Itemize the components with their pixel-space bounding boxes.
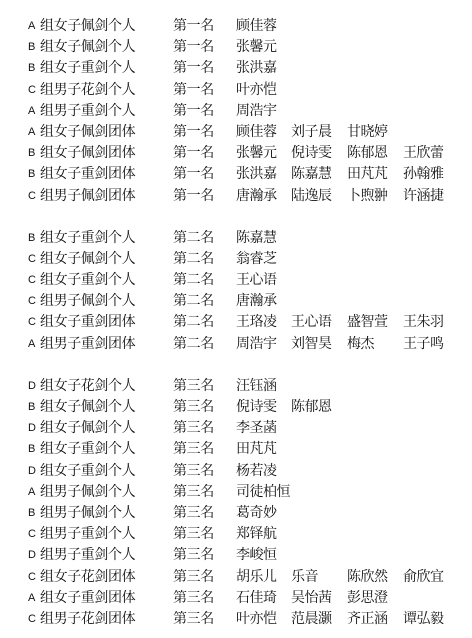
age-group-letter: C: [28, 249, 36, 270]
age-group-letter: B: [28, 143, 35, 164]
result-row: A组女子佩剑个人第一名顾佳蓉: [0, 16, 472, 37]
age-group-letter: B: [28, 397, 35, 418]
rank-label: 第一名: [173, 143, 214, 164]
athlete-name: 田芃芃: [236, 439, 277, 460]
age-group-letter: B: [28, 503, 35, 524]
athlete-name: 张馨元: [236, 143, 277, 164]
rank-label: 第一名: [173, 16, 214, 37]
result-row: B组女子重剑个人第三名田芃芃: [0, 439, 472, 460]
event-name: 组男子佩剑个人: [40, 482, 135, 503]
rank-label: 第二名: [173, 312, 214, 333]
event-name: 组女子佩剑个人: [40, 418, 135, 439]
athlete-name: 唐瀚承: [236, 186, 277, 207]
event-name: 组男子重剑个人: [40, 524, 135, 545]
rank-label: 第三名: [173, 503, 214, 524]
athlete-name: 杨若凌: [236, 461, 277, 482]
rank-label: 第一名: [173, 58, 214, 79]
group-spacer: [0, 207, 472, 228]
athlete-name: 王心语: [236, 270, 277, 291]
rank-label: 第二名: [173, 291, 214, 312]
event-name: 组女子重剑个人: [40, 270, 135, 291]
rank-label: 第三名: [173, 461, 214, 482]
athlete-name: 刘智昊: [291, 334, 332, 355]
age-group-letter: A: [28, 482, 35, 503]
age-group-letter: D: [28, 418, 36, 439]
age-group-letter: B: [28, 439, 35, 460]
result-row: B组女子佩剑个人第三名倪诗雯陈郁恩: [0, 397, 472, 418]
age-group-letter: C: [28, 524, 36, 545]
rank-label: 第一名: [173, 164, 214, 185]
result-row: D组男子重剑个人第三名李峻恒: [0, 545, 472, 566]
age-group-letter: A: [28, 588, 35, 609]
rank-label: 第二名: [173, 270, 214, 291]
event-name: 组女子重剑个人: [40, 439, 135, 460]
age-group-letter: B: [28, 228, 35, 249]
result-row: C组女子花剑团体第三名胡乐儿乐音陈欣然俞欣宜: [0, 567, 472, 588]
age-group-letter: B: [28, 37, 35, 58]
rank-label: 第三名: [173, 439, 214, 460]
event-name: 组男子重剑团体: [40, 334, 135, 355]
athlete-name: 乐音: [291, 567, 318, 588]
result-row: C组男子重剑个人第三名郑铎航: [0, 524, 472, 545]
age-group-letter: C: [28, 80, 36, 101]
athlete-name: 王珞凌: [236, 312, 277, 333]
athlete-name: 甘晓婷: [347, 122, 388, 143]
athlete-name: 张馨元: [236, 37, 277, 58]
event-name: 组男子花剑团体: [40, 609, 135, 630]
event-name: 组女子佩剑个人: [40, 37, 135, 58]
athlete-name: 倪诗雯: [236, 397, 277, 418]
rank-label: 第三名: [173, 418, 214, 439]
result-row: B组女子佩剑个人第一名张馨元: [0, 37, 472, 58]
athlete-name: 卜煦翀: [347, 186, 388, 207]
athlete-name: 许涵捷: [403, 186, 444, 207]
event-name: 组女子重剑个人: [40, 58, 135, 79]
athlete-name: 张洪嘉: [236, 58, 277, 79]
result-row: C组女子重剑团体第二名王珞凌王心语盛智萱王朱羽: [0, 312, 472, 333]
athlete-name: 周浩宇: [236, 101, 277, 122]
group-spacer: [0, 355, 472, 376]
event-name: 组女子重剑团体: [40, 588, 135, 609]
rank-label: 第三名: [173, 482, 214, 503]
athlete-name: 陈郁恩: [347, 143, 388, 164]
event-name: 组男子佩剑个人: [40, 291, 135, 312]
athlete-name: 葛奇妙: [236, 503, 277, 524]
rank-label: 第三名: [173, 588, 214, 609]
rank-label: 第二名: [173, 334, 214, 355]
event-name: 组女子重剑个人: [40, 228, 135, 249]
athlete-name: 彭思澄: [347, 588, 388, 609]
athlete-name: 刘子晨: [291, 122, 332, 143]
result-row: B组男子佩剑个人第三名葛奇妙: [0, 503, 472, 524]
rank-label: 第三名: [173, 545, 214, 566]
result-row: C组男子花剑团体第三名叶亦恺范晨灏齐正涵谭弘毅: [0, 609, 472, 630]
athlete-name: 胡乐儿: [236, 567, 277, 588]
athlete-name: 张洪嘉: [236, 164, 277, 185]
athlete-name: 盛智萱: [347, 312, 388, 333]
athlete-name: 郑铎航: [236, 524, 277, 545]
event-name: 组女子佩剑团体: [40, 143, 135, 164]
athlete-name: 周浩宇: [236, 334, 277, 355]
athlete-name: 王子鸣: [403, 334, 444, 355]
event-name: 组男子佩剑团体: [40, 186, 135, 207]
athlete-name: 顾佳蓉: [236, 122, 277, 143]
age-group-letter: D: [28, 461, 36, 482]
event-name: 组女子重剑个人: [40, 461, 135, 482]
athlete-name: 王欣蕾: [403, 143, 444, 164]
rank-label: 第三名: [173, 397, 214, 418]
athlete-name: 王朱羽: [403, 312, 444, 333]
result-row: C组男子佩剑团体第一名唐瀚承陆逸辰卜煦翀许涵捷: [0, 186, 472, 207]
athlete-name: 俞欣宜: [403, 567, 444, 588]
athlete-name: 李圣菡: [236, 418, 277, 439]
athlete-name: 汪钰涵: [236, 376, 277, 397]
age-group-letter: D: [28, 376, 36, 397]
event-name: 组女子重剑团体: [40, 312, 135, 333]
athlete-name: 范晨灏: [291, 609, 332, 630]
result-row: A组女子佩剑团体第一名顾佳蓉刘子晨甘晓婷: [0, 122, 472, 143]
rank-label: 第一名: [173, 37, 214, 58]
athlete-name: 顾佳蓉: [236, 16, 277, 37]
result-row: C组男子佩剑个人第二名唐瀚承: [0, 291, 472, 312]
athlete-name: 陈嘉慧: [236, 228, 277, 249]
event-name: 组女子佩剑团体: [40, 122, 135, 143]
event-name: 组女子重剑团体: [40, 164, 135, 185]
rank-label: 第一名: [173, 186, 214, 207]
results-document: A组女子佩剑个人第一名顾佳蓉B组女子佩剑个人第一名张馨元B组女子重剑个人第一名张…: [0, 16, 472, 630]
event-name: 组女子佩剑个人: [40, 249, 135, 270]
rank-label: 第三名: [173, 524, 214, 545]
athlete-name: 谭弘毅: [403, 609, 444, 630]
event-name: 组男子花剑个人: [40, 80, 135, 101]
result-row: A组女子重剑团体第三名石佳琦吴怡茜彭思澄: [0, 588, 472, 609]
age-group-letter: A: [28, 122, 35, 143]
event-name: 组女子花剑团体: [40, 567, 135, 588]
athlete-name: 唐瀚承: [236, 291, 277, 312]
athlete-name: 石佳琦: [236, 588, 277, 609]
rank-label: 第二名: [173, 228, 214, 249]
age-group-letter: C: [28, 186, 36, 207]
result-row: A组男子重剑团体第二名周浩宇刘智昊梅杰王子鸣: [0, 334, 472, 355]
result-row: B组女子佩剑团体第一名张馨元倪诗雯陈郁恩王欣蕾: [0, 143, 472, 164]
age-group-letter: A: [28, 16, 35, 37]
athlete-name: 叶亦恺: [236, 80, 277, 101]
event-name: 组男子佩剑个人: [40, 503, 135, 524]
athlete-name: 陆逸辰: [291, 186, 332, 207]
result-row: C组男子花剑个人第一名叶亦恺: [0, 80, 472, 101]
rank-label: 第三名: [173, 567, 214, 588]
event-name: 组女子佩剑个人: [40, 397, 135, 418]
athlete-name: 陈欣然: [347, 567, 388, 588]
result-row: B组女子重剑团体第一名张洪嘉陈嘉慧田芃芃孙翰雅: [0, 164, 472, 185]
rank-group-2: B组女子重剑个人第二名陈嘉慧C组女子佩剑个人第二名翁睿芝C组女子重剑个人第二名王…: [0, 228, 472, 355]
result-row: D组女子佩剑个人第三名李圣菡: [0, 418, 472, 439]
rank-label: 第三名: [173, 376, 214, 397]
rank-group-1: A组女子佩剑个人第一名顾佳蓉B组女子佩剑个人第一名张馨元B组女子重剑个人第一名张…: [0, 16, 472, 207]
age-group-letter: C: [28, 312, 36, 333]
result-row: A组男子重剑个人第一名周浩宇: [0, 101, 472, 122]
result-row: B组女子重剑个人第一名张洪嘉: [0, 58, 472, 79]
rank-label: 第二名: [173, 249, 214, 270]
athlete-name: 陈郁恩: [291, 397, 332, 418]
athlete-name: 陈嘉慧: [291, 164, 332, 185]
athlete-name: 李峻恒: [236, 545, 277, 566]
age-group-letter: B: [28, 164, 35, 185]
rank-label: 第一名: [173, 122, 214, 143]
event-name: 组男子重剑个人: [40, 545, 135, 566]
age-group-letter: C: [28, 609, 36, 630]
event-name: 组女子花剑个人: [40, 376, 135, 397]
athlete-name: 王心语: [291, 312, 332, 333]
result-row: A组男子佩剑个人第三名司徒柏恒: [0, 482, 472, 503]
athlete-name: 叶亦恺: [236, 609, 277, 630]
athlete-name: 吴怡茜: [291, 588, 332, 609]
age-group-letter: A: [28, 334, 35, 355]
result-row: B组女子重剑个人第二名陈嘉慧: [0, 228, 472, 249]
result-row: D组女子花剑个人第三名汪钰涵: [0, 376, 472, 397]
result-row: D组女子重剑个人第三名杨若凌: [0, 461, 472, 482]
age-group-letter: B: [28, 58, 35, 79]
rank-label: 第一名: [173, 101, 214, 122]
age-group-letter: A: [28, 101, 35, 122]
event-name: 组男子重剑个人: [40, 101, 135, 122]
rank-group-3: D组女子花剑个人第三名汪钰涵B组女子佩剑个人第三名倪诗雯陈郁恩D组女子佩剑个人第…: [0, 376, 472, 630]
athlete-name: 倪诗雯: [291, 143, 332, 164]
athlete-name: 孙翰雅: [403, 164, 444, 185]
age-group-letter: D: [28, 545, 36, 566]
athlete-name: 齐正涵: [347, 609, 388, 630]
result-row: C组女子佩剑个人第二名翁睿芝: [0, 249, 472, 270]
athlete-name: 田芃芃: [347, 164, 388, 185]
rank-label: 第一名: [173, 80, 214, 101]
rank-label: 第三名: [173, 609, 214, 630]
event-name: 组女子佩剑个人: [40, 16, 135, 37]
age-group-letter: C: [28, 270, 36, 291]
age-group-letter: C: [28, 291, 36, 312]
age-group-letter: C: [28, 567, 36, 588]
athlete-name: 梅杰: [347, 334, 374, 355]
athlete-name: 司徒柏恒: [236, 482, 290, 503]
result-row: C组女子重剑个人第二名王心语: [0, 270, 472, 291]
athlete-name: 翁睿芝: [236, 249, 277, 270]
